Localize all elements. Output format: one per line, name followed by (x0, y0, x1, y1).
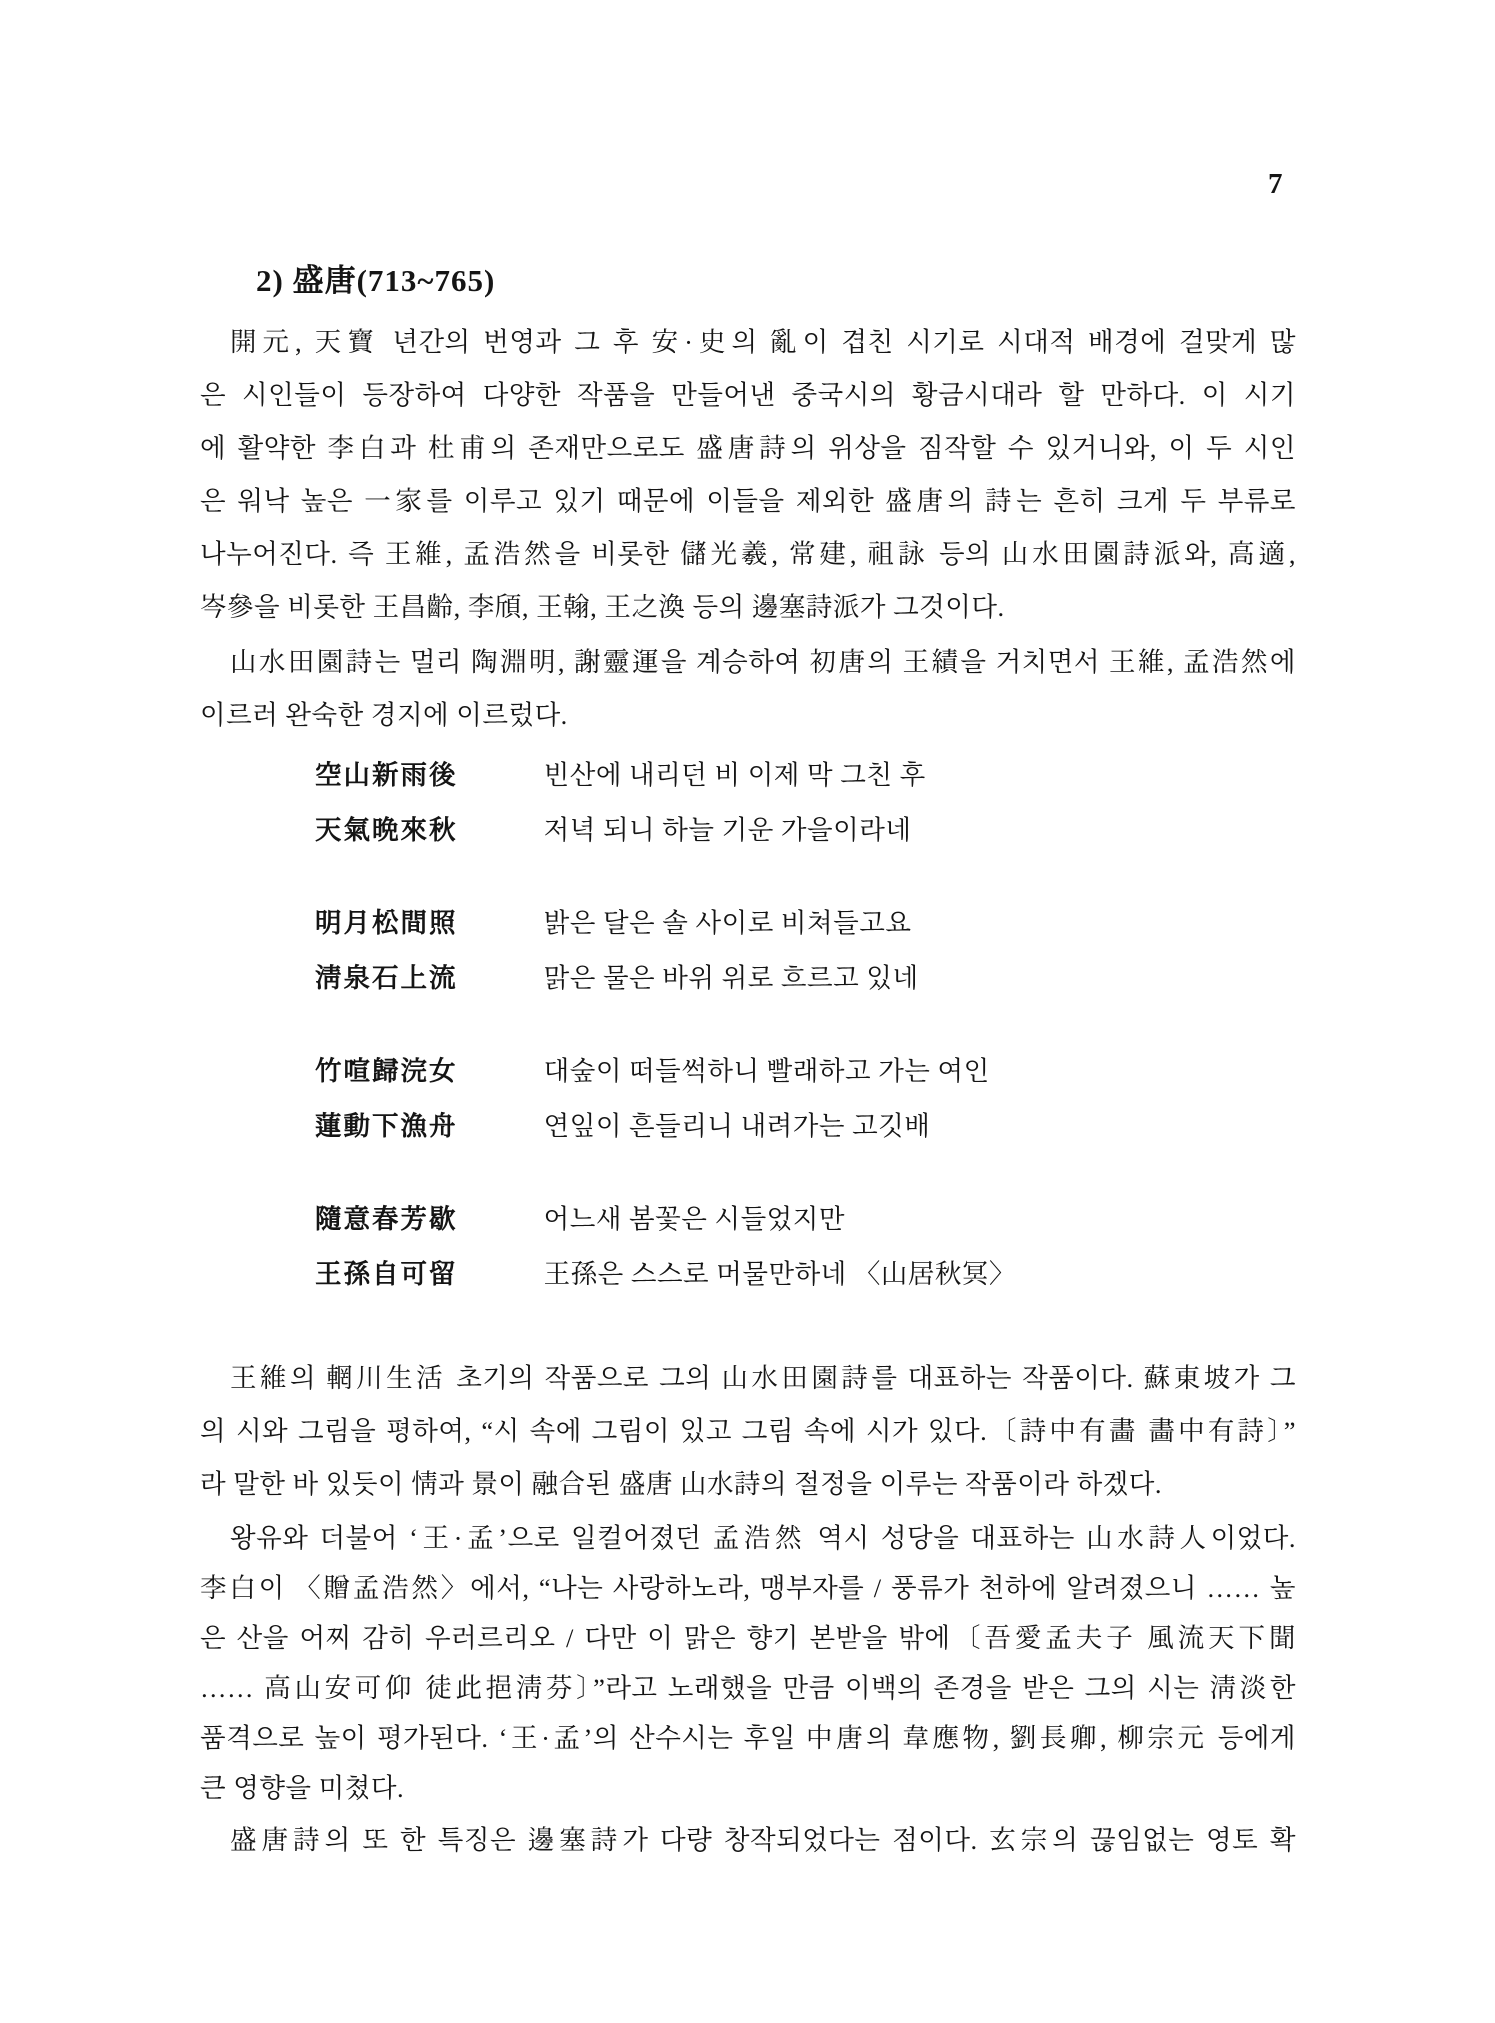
poem-translation: 저녁 되니 하늘 기운 가을이라네 (544, 815, 912, 845)
body-line: 岑參을 비롯한 王昌齡, 李頎, 王翰, 王之渙 등의 邊塞詩派가 그것이다. (200, 581, 1296, 634)
body-line: 이르러 완숙한 경지에 이르렀다. (200, 689, 1296, 742)
poem-hanja: 空山新雨後 (315, 748, 537, 803)
poem-line: 蓮動下漁舟 연잎이 흔들리니 내려가는 고깃배 (315, 1099, 1016, 1154)
poem-line: 天氣晩來秋 저녁 되니 하늘 기운 가을이라네 (315, 803, 1016, 858)
body-line: 의 시와 그림을 평하여, “시 속에 그림이 있고 그림 속에 시가 있다.〔… (200, 1405, 1296, 1458)
poem-stanza: 竹喧歸浣女 대숲이 떠들썩하니 빨래하고 가는 여인 蓮動下漁舟 연잎이 흔들리… (315, 1044, 1016, 1154)
body-line: 王維의 輞川生活 초기의 작품으로 그의 山水田園詩를 대표하는 작품이다. 蘇… (200, 1352, 1296, 1405)
poem-hanja: 隨意春芳歇 (315, 1192, 537, 1247)
body-line: 품격으로 높이 평가된다. ‘王·孟’의 산수시는 후일 中唐의 韋應物, 劉長… (200, 1713, 1296, 1763)
poem-hanja: 竹喧歸浣女 (315, 1044, 537, 1099)
body-line: …… 高山安可仰 徒此挹淸芬〕”라고 노래했을 만큼 이백의 존경을 받은 그의… (200, 1663, 1296, 1713)
body-line: 은 산을 어찌 감히 우러르리오 / 다만 이 맑은 향기 본받을 밖에〔吾愛孟… (200, 1613, 1296, 1663)
poem-translation: 王孫은 스스로 머물만하네 〈山居秋冥〉 (544, 1259, 1016, 1289)
poem-translation: 빈산에 내리던 비 이제 막 그친 후 (544, 760, 926, 790)
poem-line: 竹喧歸浣女 대숲이 떠들썩하니 빨래하고 가는 여인 (315, 1044, 1016, 1099)
poem-hanja: 淸泉石上流 (315, 951, 537, 1006)
poem-hanja: 天氣晩來秋 (315, 803, 537, 858)
page-number: 7 (1268, 168, 1284, 201)
poem-translation: 밝은 달은 솔 사이로 비쳐들고요 (544, 908, 912, 938)
poem-line: 空山新雨後 빈산에 내리던 비 이제 막 그친 후 (315, 748, 1016, 803)
poem-translation: 대숲이 떠들썩하니 빨래하고 가는 여인 (544, 1056, 990, 1086)
body-line: 나누어진다. 즉 王維, 孟浩然을 비롯한 儲光羲, 常建, 祖詠 등의 山水田… (200, 528, 1296, 581)
body-line: 山水田園詩는 멀리 陶淵明, 謝靈運을 계승하여 初唐의 王績을 거치면서 王維… (200, 636, 1296, 689)
poem-translation: 연잎이 흔들리니 내려가는 고깃배 (544, 1111, 931, 1141)
body-line: 李白이 〈贈孟浩然〉에서, “나는 사랑하노라, 맹부자를 / 풍류가 천하에 … (200, 1563, 1296, 1613)
poem-hanja: 明月松間照 (315, 896, 537, 951)
poem-line: 隨意春芳歇 어느새 봄꽃은 시들었지만 (315, 1192, 1016, 1247)
body-line: 은 시인들이 등장하여 다양한 작품을 만들어낸 중국시의 황금시대라 할 만하… (200, 369, 1296, 422)
poem-translation: 맑은 물은 바위 위로 흐르고 있네 (544, 963, 919, 993)
poem-line: 淸泉石上流 맑은 물은 바위 위로 흐르고 있네 (315, 951, 1016, 1006)
body-line: 큰 영향을 미쳤다. (200, 1763, 1296, 1813)
poem-stanza: 空山新雨後 빈산에 내리던 비 이제 막 그친 후 天氣晩來秋 저녁 되니 하늘… (315, 748, 1016, 858)
poem-block: 空山新雨後 빈산에 내리던 비 이제 막 그친 후 天氣晩來秋 저녁 되니 하늘… (315, 748, 1016, 1340)
paragraph: 王維의 輞川生活 초기의 작품으로 그의 山水田園詩를 대표하는 작품이다. 蘇… (200, 1352, 1296, 1511)
poem-line: 明月松間照 밝은 달은 솔 사이로 비쳐들고요 (315, 896, 1016, 951)
paragraph: 山水田園詩는 멀리 陶淵明, 謝靈運을 계승하여 初唐의 王績을 거치면서 王維… (200, 636, 1296, 742)
document-page: 7 2) 盛唐(713~765) 開元, 天寶 년간의 번영과 그 후 安·史의… (0, 0, 1495, 2023)
poem-stanza: 隨意春芳歇 어느새 봄꽃은 시들었지만 王孫自可留 王孫은 스스로 머물만하네 … (315, 1192, 1016, 1302)
body-line: 왕유와 더불어 ‘王·孟’으로 일컬어졌던 孟浩然 역시 성당을 대표하는 山水… (200, 1513, 1296, 1563)
body-line: 開元, 天寶 년간의 번영과 그 후 安·史의 亂이 겹친 시기로 시대적 배경… (200, 316, 1296, 369)
paragraph: 왕유와 더불어 ‘王·孟’으로 일컬어졌던 孟浩然 역시 성당을 대표하는 山水… (200, 1513, 1296, 1813)
body-line: 라 말한 바 있듯이 情과 景이 融合된 盛唐 山水詩의 절정을 이루는 작품이… (200, 1458, 1296, 1511)
poem-hanja: 蓮動下漁舟 (315, 1099, 537, 1154)
body-line: 에 활약한 李白과 杜甫의 존재만으로도 盛唐詩의 위상을 짐작할 수 있거니와… (200, 422, 1296, 475)
poem-translation: 어느새 봄꽃은 시들었지만 (544, 1204, 845, 1234)
section-heading: 2) 盛唐(713~765) (256, 255, 495, 300)
paragraph: 盛唐詩의 또 한 특징은 邊塞詩가 다량 창작되었다는 점이다. 玄宗의 끊임없… (200, 1815, 1296, 1865)
paragraph: 開元, 天寶 년간의 번영과 그 후 安·史의 亂이 겹친 시기로 시대적 배경… (200, 316, 1296, 634)
poem-line: 王孫自可留 王孫은 스스로 머물만하네 〈山居秋冥〉 (315, 1247, 1016, 1302)
poem-stanza: 明月松間照 밝은 달은 솔 사이로 비쳐들고요 淸泉石上流 맑은 물은 바위 위… (315, 896, 1016, 1006)
poem-hanja: 王孫自可留 (315, 1247, 537, 1302)
body-line: 盛唐詩의 또 한 특징은 邊塞詩가 다량 창작되었다는 점이다. 玄宗의 끊임없… (200, 1815, 1296, 1865)
body-line: 은 워낙 높은 一家를 이루고 있기 때문에 이들을 제외한 盛唐의 詩는 흔히… (200, 475, 1296, 528)
